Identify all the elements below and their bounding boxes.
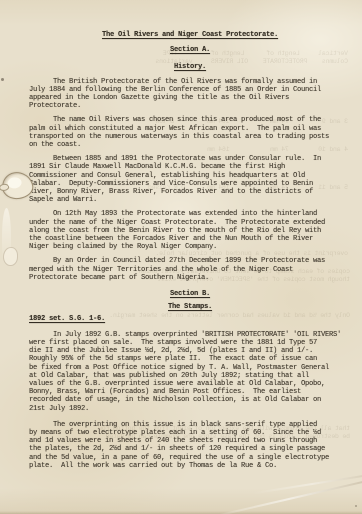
history-paragraph-3: Between 1885 and 1891 the Protectorate w… xyxy=(29,155,351,204)
paper-speck xyxy=(355,505,357,507)
paper-speck xyxy=(76,79,78,81)
paper-crease xyxy=(206,479,362,514)
history-heading: History. xyxy=(29,63,351,71)
history-paragraph-1: The British Protectorate of the Oil Rive… xyxy=(29,78,351,111)
history-paragraph-4: On 12th May 1893 the Protectorate was ex… xyxy=(29,210,351,251)
history-paragraph-5: By an Order in Council dated 27th Decemb… xyxy=(29,257,351,282)
document-page: Vertical Length of Length of TYPEColumns… xyxy=(0,0,362,514)
section-b-heading: Section B. xyxy=(29,290,351,298)
document-title: The Oil Rivers and Niger Coast Protector… xyxy=(29,31,351,39)
section-a-heading: Section A. xyxy=(29,46,351,54)
typed-content: The Oil Rivers and Niger Coast Protector… xyxy=(29,31,351,470)
stamps-paragraph-1: In July 1892 G.B. stamps overprinted 'BR… xyxy=(29,331,351,413)
paper-crease xyxy=(253,473,362,493)
set-1892-heading: 1892 set. S.G. 1-6. xyxy=(29,315,351,323)
paper-speck xyxy=(1,78,4,81)
history-paragraph-2: The name Oil Rivers was chosen since thi… xyxy=(29,116,351,149)
stamps-paragraph-2: The overprinting on this issue is in bla… xyxy=(29,421,351,470)
stamps-heading: The Stamps. xyxy=(29,303,351,311)
paper-blot xyxy=(3,247,18,266)
